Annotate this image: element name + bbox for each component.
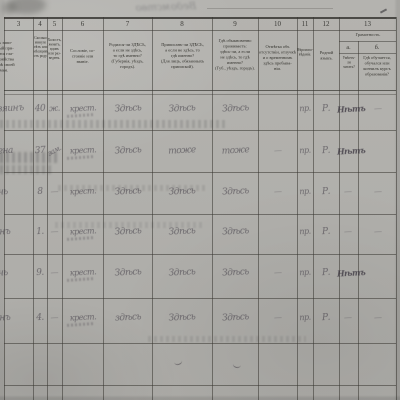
literacy-subcolumn-b-letter: б. (358, 44, 396, 52)
handwriting-resides: Здѣсь (213, 100, 259, 118)
stray-ink-mark (173, 357, 182, 366)
handwriting-religion: пр. (297, 310, 314, 327)
bleed-through-smudge (0, 120, 228, 128)
handwriting-registered: Здѣсь (153, 263, 212, 282)
handwriting-literacy-read: — (337, 309, 360, 326)
handwriting-registered: Здѣсь (153, 222, 212, 241)
handwriting-religion: пр. (297, 143, 314, 160)
handwriting-registered: Здѣсь (153, 308, 212, 327)
handwriting-flourish (67, 322, 93, 327)
column-number-11: 11 (297, 19, 313, 29)
column-number-8: 8 (152, 19, 212, 29)
grid-line-vertical (297, 17, 298, 400)
column-number-4: 4 (33, 19, 47, 29)
column-header-relation-to-head: Какъ запи- санный при- ходится гла- вѣ х… (0, 40, 33, 100)
column-header-literacy-education: Гдѣ обучается, обучался или кончилъ курс… (358, 55, 396, 95)
handwriting-language: Р. (313, 183, 340, 200)
handwriting-relation: дочь (0, 183, 32, 201)
handwriting-born: Здѣсь (104, 100, 153, 118)
handwriting-absence: — (259, 183, 298, 201)
handwriting-resides: Здѣсь (213, 183, 259, 201)
ink-mark (380, 8, 387, 13)
scanned-census-sheet: Ведомство 3 4 5 6 7 8 9 10 11 12 13 Какъ… (0, 0, 400, 400)
handwriting-religion: пр. (297, 265, 314, 282)
column-number-10: 10 (258, 19, 297, 29)
column-header-absence-note: Отмѣтка объ отсутствіи, отлучкѣ и о врем… (258, 44, 297, 94)
column-number-9: 9 (212, 19, 258, 29)
handwriting-absence: — (259, 142, 298, 160)
handwriting-age: 1. (33, 224, 48, 241)
column-number-5: 5 (47, 19, 62, 29)
handwriting-born: Здѣсь (104, 223, 153, 241)
handwriting-marital: — (47, 184, 63, 201)
handwriting-registered: Здѣсь (153, 99, 212, 118)
handwriting-age: 4. (33, 310, 48, 327)
handwriting-relation: жена (0, 142, 32, 160)
handwriting-religion: пр. (297, 224, 314, 241)
handwriting-resides: Здѣсь (213, 309, 259, 327)
handwriting-resides: Здѣсь (213, 264, 259, 282)
column-header-literacy-can-read: Умѣетъ- ли читать? (339, 56, 358, 86)
handwriting-literacy-read: Нѣтъ (337, 142, 360, 159)
handwriting-born: здѣсь (104, 309, 153, 327)
grid-line-horizontal (339, 53, 396, 54)
handwriting-literacy-edu: — (359, 100, 398, 118)
handwriting-marital: — (47, 265, 63, 282)
grid-line-vertical (313, 17, 314, 400)
column-number-3: 3 (4, 19, 33, 29)
handwriting-born: Здѣсь (104, 142, 153, 160)
column-header-marital-status: Холостъ, женатъ, вдовъ или раз- веденъ. (47, 38, 62, 88)
handwriting-literacy-read: — (337, 223, 360, 240)
handwriting-literacy-edu: — (359, 309, 398, 327)
handwriting-language: Р. (313, 223, 340, 240)
handwriting-estate: крест. (63, 183, 104, 201)
handwriting-marital: — (47, 224, 63, 241)
handwriting-literacy-edu: — (359, 183, 398, 201)
handwriting-religion: пр. (297, 184, 314, 201)
handwriting-resides: тоже (213, 142, 259, 160)
bleed-through-smudge (148, 336, 306, 342)
handwriting-language: Р. (313, 309, 340, 326)
column-header-usual-residence: Гдѣ обыкновенно проживаетъ: здѣсь-ли, а … (212, 38, 258, 98)
handwriting-age: 40 (33, 101, 48, 118)
column-header-age: Сколько минуло лѣтъ или мѣсяцевъ отъ род… (33, 36, 47, 86)
handwriting-absence: — (259, 264, 298, 282)
handwriting-absence: — (259, 309, 298, 327)
column-number-12: 12 (313, 19, 339, 29)
handwriting-literacy-read: — (337, 183, 360, 200)
column-number-13: 13 (339, 19, 396, 29)
handwriting-age: 8 (33, 184, 48, 201)
stray-ink-mark (232, 360, 241, 368)
handwriting-language: Р. (313, 142, 340, 159)
column-header-religion: Вѣроиспо- вѣданіе. (297, 48, 313, 68)
column-header-registered-here: Приписанъ-ли ЗДѢСЬ, а если не здѣсь, то … (152, 42, 212, 92)
literacy-subcolumn-a-letter: а. (339, 44, 358, 52)
emblem-fragment (2, 2, 16, 14)
handwriting-religion: пр. (297, 101, 314, 118)
handwriting-relation: дочь (0, 264, 32, 282)
handwriting-registered: Здѣсь (153, 182, 212, 201)
column-header-born-here: Родился-ли ЗДѢСЬ, а если не здѣсь, то гд… (103, 42, 152, 92)
handwriting-flourish (67, 236, 93, 241)
handwriting-registered: тоже (153, 141, 212, 160)
handwriting-literacy-read: Нѣтъ (337, 100, 360, 117)
column-header-estate: Сословіе, со- стояніе или званіе. (62, 48, 103, 78)
handwriting-flourish (67, 113, 93, 118)
column-number-6: 6 (62, 19, 103, 29)
handwriting-born: Здѣсь (104, 183, 153, 201)
handwriting-marital: — (47, 310, 63, 327)
handwriting-marital: ж. (47, 101, 63, 118)
column-number-7: 7 (103, 19, 152, 29)
handwriting-language: Р. (313, 100, 340, 117)
handwriting-flourish (67, 155, 93, 160)
handwriting-relation: сынъ (0, 223, 32, 241)
handwriting-relation: сынъ (0, 309, 32, 327)
handwriting-resides: Здѣсь (213, 223, 259, 241)
column-header-literacy: Грамотность. (339, 32, 396, 42)
handwriting-age: 9. (33, 265, 48, 282)
handwriting-literacy-read: Нѣтъ (337, 264, 360, 281)
handwriting-flourish (67, 277, 93, 282)
column-header-native-language: Родной языкъ. (313, 50, 339, 70)
handwriting-literacy-edu: — (359, 223, 398, 241)
fold-line (207, 8, 333, 9)
handwriting-born: Здѣсь (104, 264, 153, 282)
handwriting-language: Р. (313, 264, 340, 281)
handwriting-relation: хозяинъ (0, 100, 32, 118)
bleed-text-top: Ведомство (116, 0, 216, 14)
